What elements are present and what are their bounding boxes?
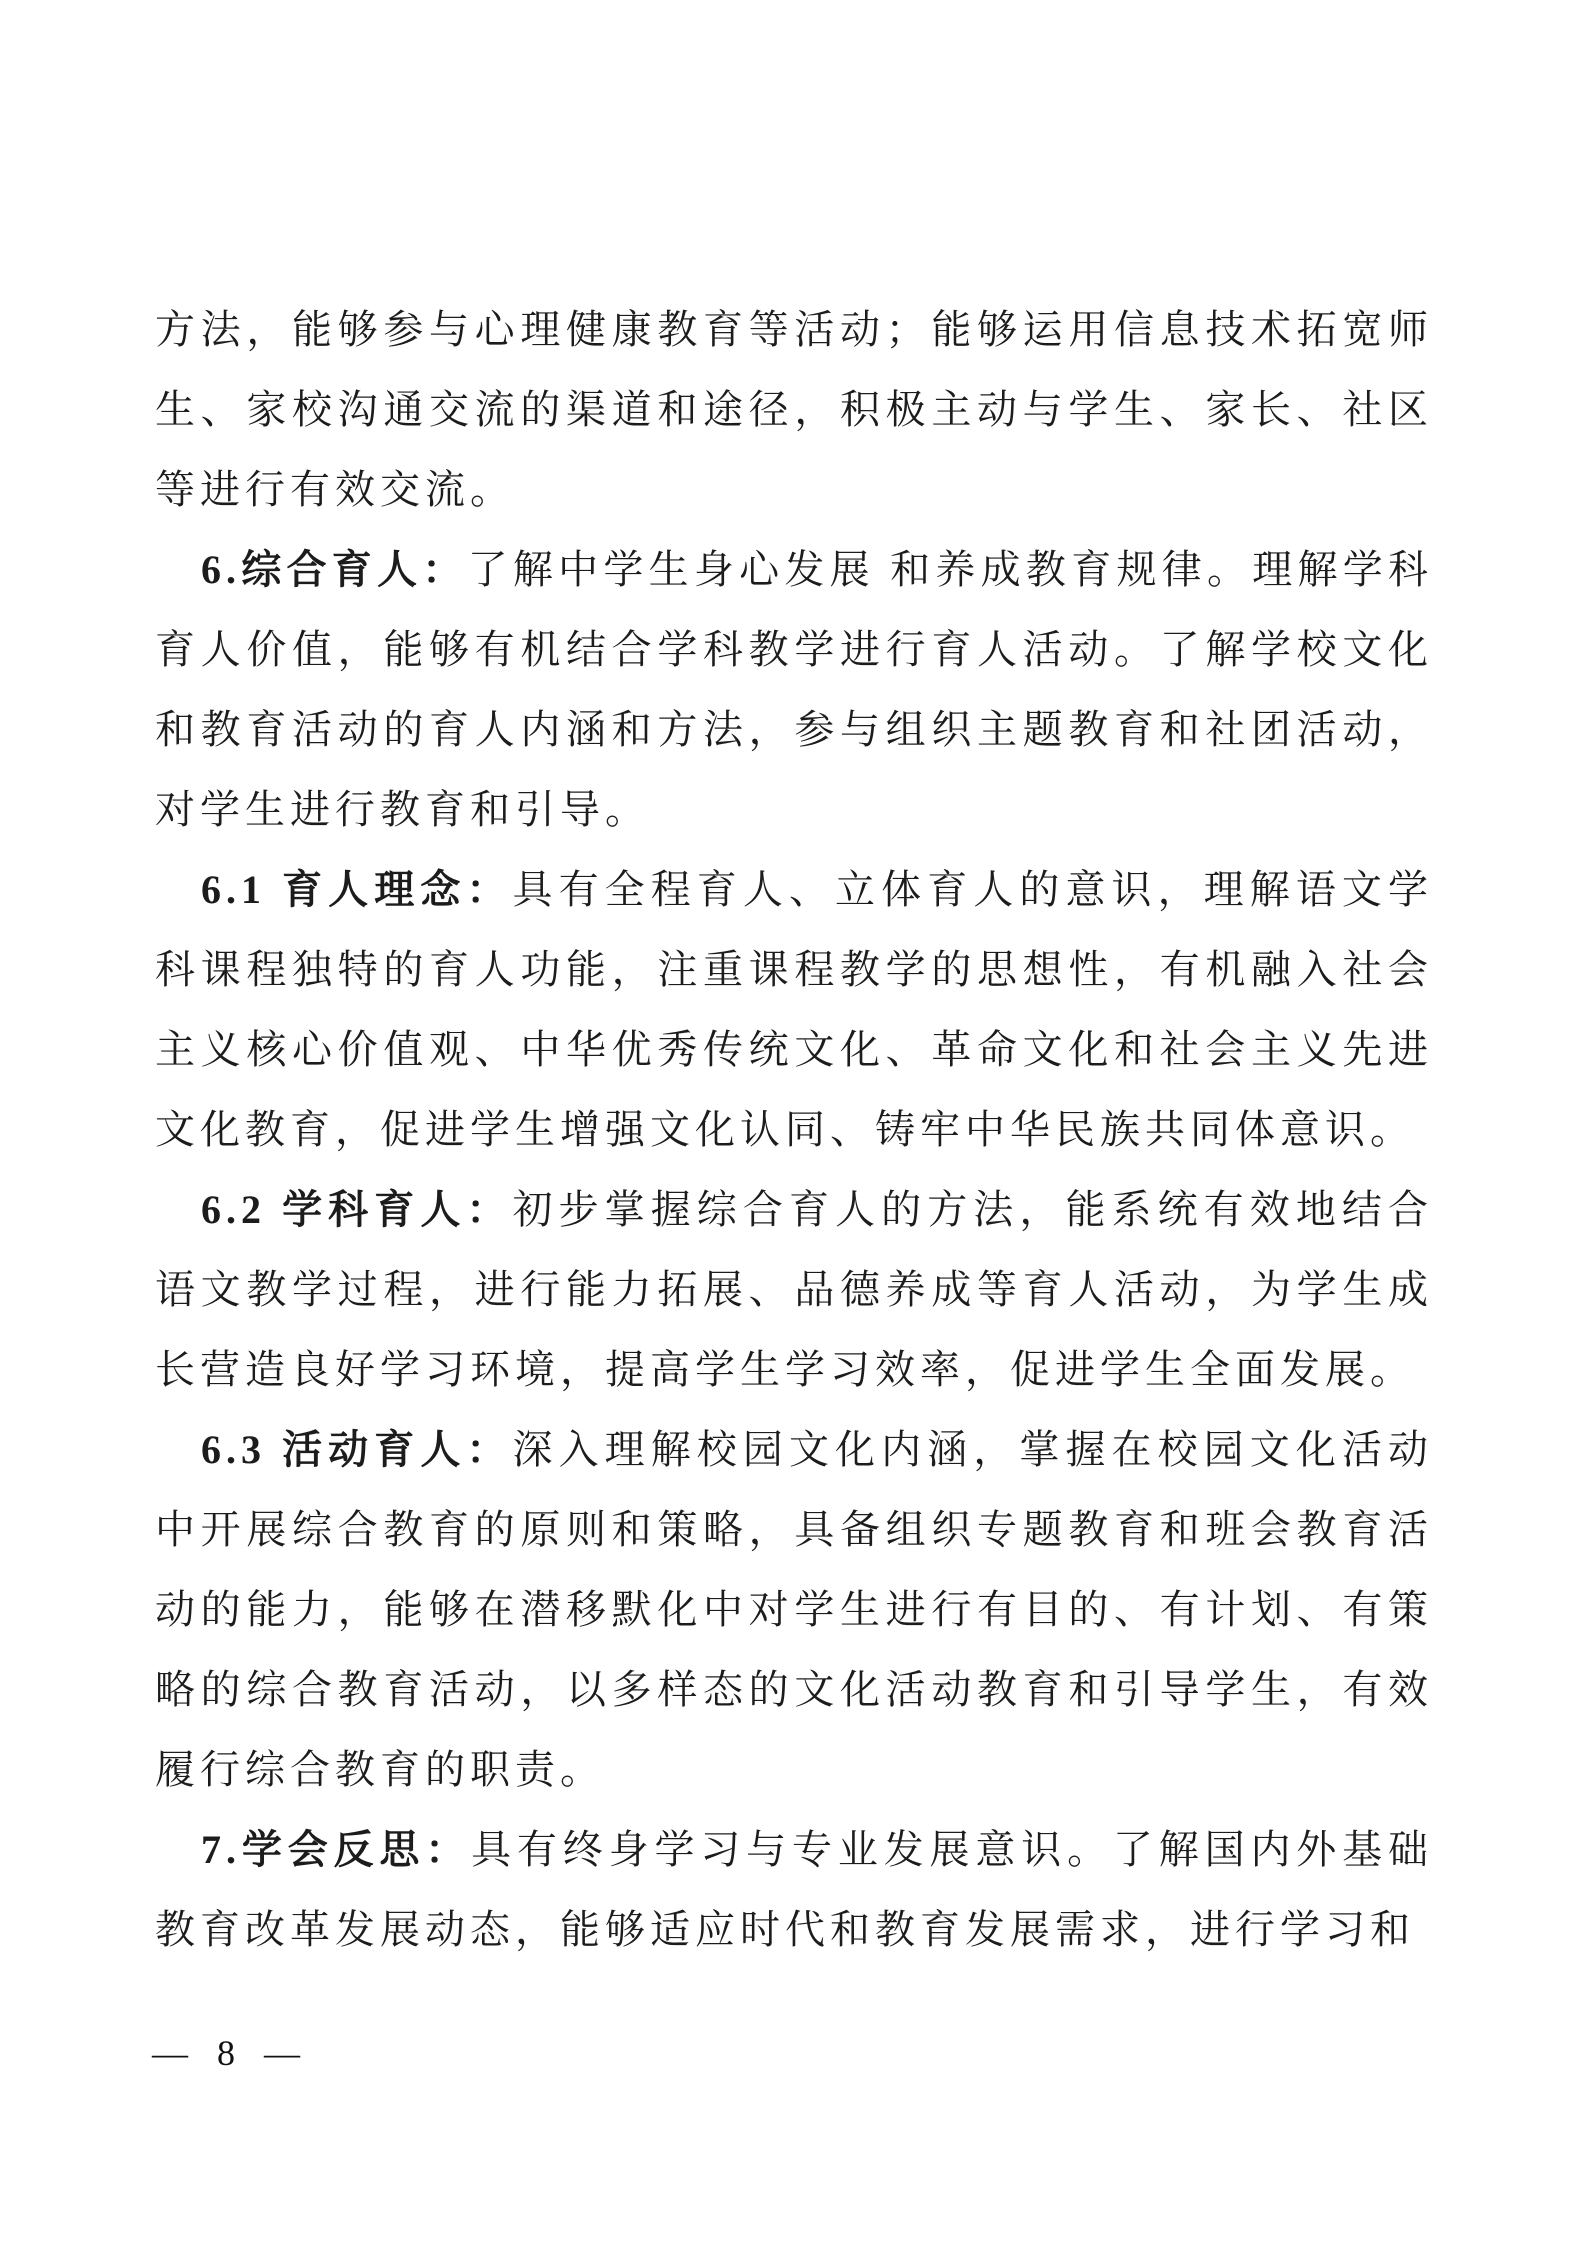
paragraph: 7.学会反思：具有终身学习与专业发展意识。了解国内外基础教育改革发展动态，能够适… [155, 1810, 1433, 1970]
paragraph-lead: 6.综合育人： [201, 547, 468, 592]
paragraph: 方法，能够参与心理健康教育等活动；能够运用信息技术拓宽师生、家校沟通交流的渠道和… [155, 290, 1433, 530]
paragraph-text: 方法，能够参与心理健康教育等活动；能够运用信息技术拓宽师生、家校沟通交流的渠道和… [155, 307, 1433, 512]
paragraph: 6.综合育人：了解中学生身心发展 和养成教育规律。理解学科育人价值，能够有机结合… [155, 530, 1433, 850]
page-number: — 8 — [152, 2032, 310, 2074]
paragraph-lead: 6.1 育人理念： [201, 867, 512, 912]
document-body-text: 方法，能够参与心理健康教育等活动；能够运用信息技术拓宽师生、家校沟通交流的渠道和… [155, 290, 1433, 1970]
paragraph-text: 深入理解校园文化内涵，掌握在校园文化活动中开展综合教育的原则和策略，具备组织专题… [155, 1427, 1433, 1792]
paragraph: 6.3 活动育人：深入理解校园文化内涵，掌握在校园文化活动中开展综合教育的原则和… [155, 1410, 1433, 1810]
paragraph-lead: 7.学会反思： [201, 1827, 471, 1872]
paragraph-lead: 6.2 学科育人： [201, 1187, 512, 1232]
paragraph: 6.2 学科育人：初步掌握综合育人的方法，能系统有效地结合语文教学过程，进行能力… [155, 1170, 1433, 1410]
paragraph-lead: 6.3 活动育人： [201, 1427, 512, 1472]
document-page: 方法，能够参与心理健康教育等活动；能够运用信息技术拓宽师生、家校沟通交流的渠道和… [0, 0, 1587, 2245]
paragraph: 6.1 育人理念：具有全程育人、立体育人的意识，理解语文学科课程独特的育人功能，… [155, 850, 1433, 1170]
